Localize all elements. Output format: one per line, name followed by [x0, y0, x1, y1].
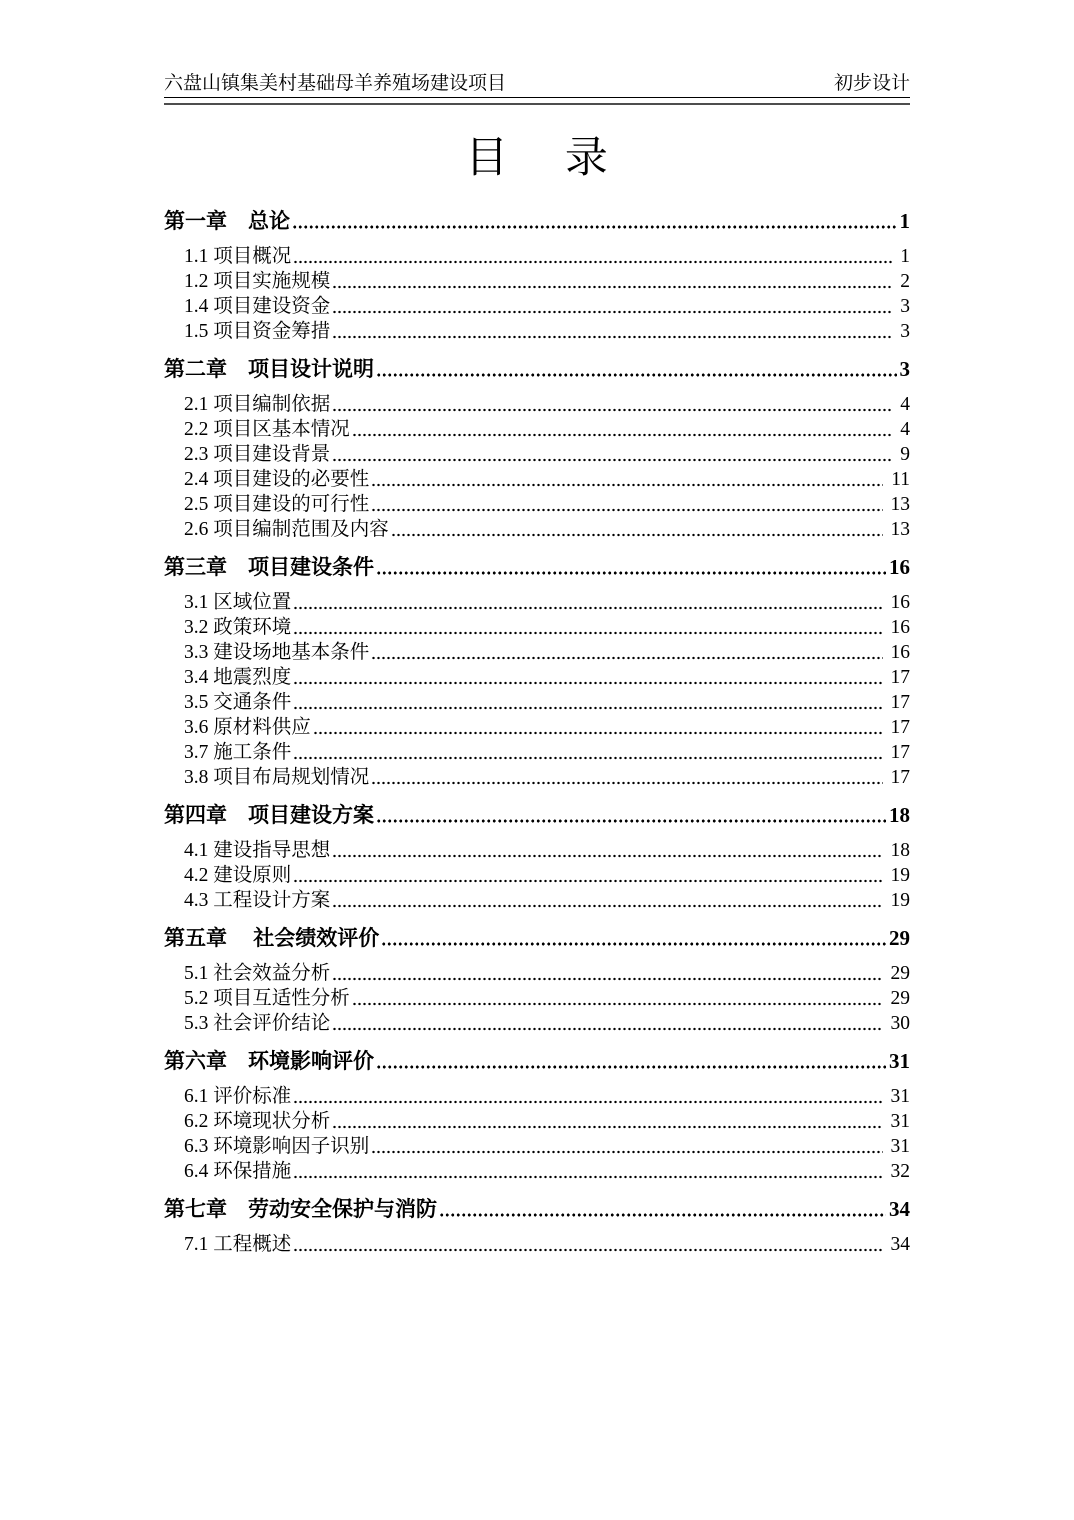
toc-entry-page-number: 3	[893, 321, 910, 343]
toc-entry-label: 4.2 建设原则	[184, 865, 291, 887]
toc-entry-label: 5.3 社会评价结论	[184, 1013, 330, 1035]
toc-entry-label: 2.5 项目建设的可行性	[184, 494, 369, 516]
toc-entry: 3.3 建设场地基本条件 16	[164, 642, 910, 664]
toc-entry-label: 1.4 项目建设资金	[184, 296, 330, 318]
toc-page-title: 目 录	[164, 133, 910, 185]
toc-entry: 第七章 劳动安全保护与消防 34	[164, 1197, 910, 1221]
toc-entry: 5.2 项目互适性分析 29	[164, 988, 910, 1010]
toc-entry: 7.1 工程概述 34	[164, 1234, 910, 1256]
toc-entry-label: 6.3 环境影响因子识别	[184, 1136, 369, 1158]
toc-entry: 5.1 社会效益分析 29	[164, 963, 910, 985]
toc-entry-page-number: 31	[884, 1111, 911, 1133]
toc-leader-dots	[293, 680, 882, 686]
toc-entry: 1.5 项目资金筹措 3	[164, 321, 910, 343]
toc-entry-label: 3.8 项目布局规划情况	[184, 767, 369, 789]
toc-entry: 5.3 社会评价结论 30	[164, 1013, 910, 1035]
toc-entry: 1.2 项目实施规模 2	[164, 271, 910, 293]
toc-entry-page-number: 32	[884, 1161, 911, 1183]
toc-entry: 第三章 项目建设条件 16	[164, 555, 910, 579]
toc-entry-label: 第七章 劳动安全保护与消防	[164, 1197, 437, 1221]
toc-entry-page-number: 1	[898, 209, 911, 233]
toc-entry-label: 第四章 项目建设方案	[164, 803, 374, 827]
toc-entry: 3.6 原材料供应 17	[164, 717, 910, 739]
toc-entry-label: 6.1 评价标准	[184, 1086, 291, 1108]
toc-entry: 6.3 环境影响因子识别 31	[164, 1136, 910, 1158]
toc-entry-label: 2.4 项目建设的必要性	[184, 469, 369, 491]
toc-entry-page-number: 16	[887, 555, 910, 579]
toc-entry-page-number: 29	[884, 988, 911, 1010]
toc-leader-dots	[293, 1247, 882, 1253]
toc-leader-dots	[352, 1001, 883, 1007]
toc-entry-label: 3.6 原材料供应	[184, 717, 311, 739]
toc-entry-label: 3.1 区域位置	[184, 592, 291, 614]
toc-entry-label: 7.1 工程概述	[184, 1234, 291, 1256]
toc-entry: 第五章 社会绩效评价 29	[164, 926, 910, 950]
toc-entry-label: 第二章 项目设计说明	[164, 357, 374, 381]
toc-entry-page-number: 2	[893, 271, 910, 293]
toc-entry-label: 6.4 环保措施	[184, 1161, 291, 1183]
document-page: 六盘山镇集美村基础母羊养殖场建设项目 初步设计 目 录 第一章 总论 1 1.1…	[0, 0, 1074, 1520]
toc-entry: 3.2 政策环境 16	[164, 617, 910, 639]
page-header: 六盘山镇集美村基础母羊养殖场建设项目 初步设计	[164, 72, 910, 105]
toc-entry-page-number: 31	[887, 1049, 910, 1073]
toc-entry: 2.2 项目区基本情况 4	[164, 419, 910, 441]
toc-leader-dots	[391, 532, 883, 538]
toc-leader-dots	[376, 1064, 886, 1070]
toc-entry-label: 5.1 社会效益分析	[184, 963, 330, 985]
toc-entry-label: 第六章 环境影响评价	[164, 1049, 374, 1073]
toc-leader-dots	[292, 224, 897, 230]
toc-entry: 2.6 项目编制范围及内容 13	[164, 519, 910, 541]
toc-entry: 4.1 建设指导思想 18	[164, 840, 910, 862]
toc-entry-page-number: 17	[884, 767, 911, 789]
toc-entry-page-number: 16	[884, 617, 911, 639]
toc-leader-dots	[376, 372, 897, 378]
toc-entry: 3.7 施工条件 17	[164, 742, 910, 764]
toc-leader-dots	[332, 457, 892, 463]
toc-entry: 6.4 环保措施 32	[164, 1161, 910, 1183]
toc-entry-page-number: 18	[884, 840, 911, 862]
toc-leader-dots	[376, 570, 886, 576]
toc-leader-dots	[332, 284, 892, 290]
toc-leader-dots	[332, 334, 892, 340]
toc-entry: 第六章 环境影响评价 31	[164, 1049, 910, 1073]
toc-entry-page-number: 3	[898, 357, 911, 381]
toc-entry: 6.1 评价标准 31	[164, 1086, 910, 1108]
toc-entry: 2.3 项目建设背景 9	[164, 444, 910, 466]
toc-entry-label: 2.3 项目建设背景	[184, 444, 330, 466]
toc-leader-dots	[332, 976, 882, 982]
toc-entry-label: 3.7 施工条件	[184, 742, 291, 764]
toc-leader-dots	[371, 1149, 882, 1155]
toc-leader-dots	[352, 432, 892, 438]
toc-entry-page-number: 9	[893, 444, 910, 466]
toc-entry: 第一章 总论 1	[164, 209, 910, 233]
toc-entry-page-number: 13	[884, 494, 911, 516]
toc-entry: 4.2 建设原则 19	[164, 865, 910, 887]
header-doc-type: 初步设计	[834, 72, 910, 96]
toc-entry: 2.1 项目编制依据 4	[164, 394, 910, 416]
toc-entry-page-number: 19	[884, 890, 911, 912]
toc-entry-label: 第一章 总论	[164, 209, 290, 233]
toc-entry-label: 2.2 项目区基本情况	[184, 419, 350, 441]
toc-entry-label: 第五章 社会绩效评价	[164, 926, 379, 950]
toc-entry-page-number: 18	[887, 803, 910, 827]
toc-entry-page-number: 29	[887, 926, 910, 950]
toc-leader-dots	[439, 1212, 886, 1218]
toc-entry: 1.1 项目概况 1	[164, 246, 910, 268]
toc-leader-dots	[376, 818, 886, 824]
header-project-title: 六盘山镇集美村基础母羊养殖场建设项目	[164, 72, 506, 96]
toc-entry: 3.8 项目布局规划情况 17	[164, 767, 910, 789]
toc-leader-dots	[293, 259, 892, 265]
toc-entry: 2.4 项目建设的必要性 11	[164, 469, 910, 491]
toc-leader-dots	[381, 941, 886, 947]
toc-leader-dots	[293, 630, 882, 636]
toc-entry-page-number: 1	[893, 246, 910, 268]
toc-entry-page-number: 4	[893, 419, 910, 441]
toc-leader-dots	[332, 853, 882, 859]
toc-entry-page-number: 17	[884, 742, 911, 764]
toc-entry-page-number: 17	[884, 692, 911, 714]
toc-entry-page-number: 17	[884, 717, 911, 739]
toc-entry-label: 3.2 政策环境	[184, 617, 291, 639]
toc-leader-dots	[371, 655, 882, 661]
toc-leader-dots	[293, 1099, 882, 1105]
toc-entry: 3.4 地震烈度 17	[164, 667, 910, 689]
toc-entry-page-number: 11	[884, 469, 910, 491]
toc-leader-dots	[332, 407, 892, 413]
toc-leader-dots	[371, 780, 882, 786]
toc-leader-dots	[332, 1026, 882, 1032]
toc-entry-label: 6.2 环境现状分析	[184, 1111, 330, 1133]
toc-leader-dots	[332, 903, 882, 909]
toc-entry-label: 3.3 建设场地基本条件	[184, 642, 369, 664]
toc-entry-page-number: 29	[884, 963, 911, 985]
toc-entry: 第二章 项目设计说明 3	[164, 357, 910, 381]
toc-entry-label: 2.1 项目编制依据	[184, 394, 330, 416]
toc-entry-page-number: 4	[893, 394, 910, 416]
toc-leader-dots	[293, 755, 882, 761]
toc-leader-dots	[371, 507, 882, 513]
toc-entry-label: 4.1 建设指导思想	[184, 840, 330, 862]
toc-entry-label: 1.1 项目概况	[184, 246, 291, 268]
toc-entry-page-number: 3	[893, 296, 910, 318]
toc-entry-page-number: 16	[884, 592, 911, 614]
toc-entry-page-number: 19	[884, 865, 911, 887]
toc-entry-label: 3.5 交通条件	[184, 692, 291, 714]
toc-entry-label: 3.4 地震烈度	[184, 667, 291, 689]
toc-entry-page-number: 30	[884, 1013, 911, 1035]
toc-entry-page-number: 31	[884, 1136, 911, 1158]
toc-entry-page-number: 34	[884, 1234, 911, 1256]
header-row: 六盘山镇集美村基础母羊养殖场建设项目 初步设计	[164, 72, 910, 98]
toc-entry: 2.5 项目建设的可行性 13	[164, 494, 910, 516]
toc-leader-dots	[293, 878, 882, 884]
toc-entry-page-number: 13	[884, 519, 911, 541]
toc-list: 第一章 总论 1 1.1 项目概况 1 1.2 项目实施规模 2 1.4 项目建…	[164, 209, 910, 1256]
toc-leader-dots	[371, 482, 883, 488]
toc-leader-dots	[293, 705, 882, 711]
toc-entry-page-number: 31	[884, 1086, 911, 1108]
toc-entry-label: 5.2 项目互适性分析	[184, 988, 350, 1010]
toc-entry-label: 1.2 项目实施规模	[184, 271, 330, 293]
toc-entry-page-number: 17	[884, 667, 911, 689]
toc-entry: 3.1 区域位置 16	[164, 592, 910, 614]
toc-entry: 第四章 项目建设方案 18	[164, 803, 910, 827]
toc-entry: 4.3 工程设计方案 19	[164, 890, 910, 912]
toc-entry: 3.5 交通条件 17	[164, 692, 910, 714]
toc-entry-label: 4.3 工程设计方案	[184, 890, 330, 912]
toc-entry: 6.2 环境现状分析 31	[164, 1111, 910, 1133]
toc-leader-dots	[332, 1124, 882, 1130]
toc-entry: 1.4 项目建设资金 3	[164, 296, 910, 318]
toc-entry-page-number: 16	[884, 642, 911, 664]
header-rule	[164, 103, 910, 105]
toc-leader-dots	[313, 730, 883, 736]
toc-leader-dots	[293, 1174, 882, 1180]
toc-entry-label: 第三章 项目建设条件	[164, 555, 374, 579]
toc-entry-label: 2.6 项目编制范围及内容	[184, 519, 389, 541]
toc-entry-label: 1.5 项目资金筹措	[184, 321, 330, 343]
toc-entry-page-number: 34	[887, 1197, 910, 1221]
toc-leader-dots	[293, 605, 882, 611]
toc-leader-dots	[332, 309, 892, 315]
